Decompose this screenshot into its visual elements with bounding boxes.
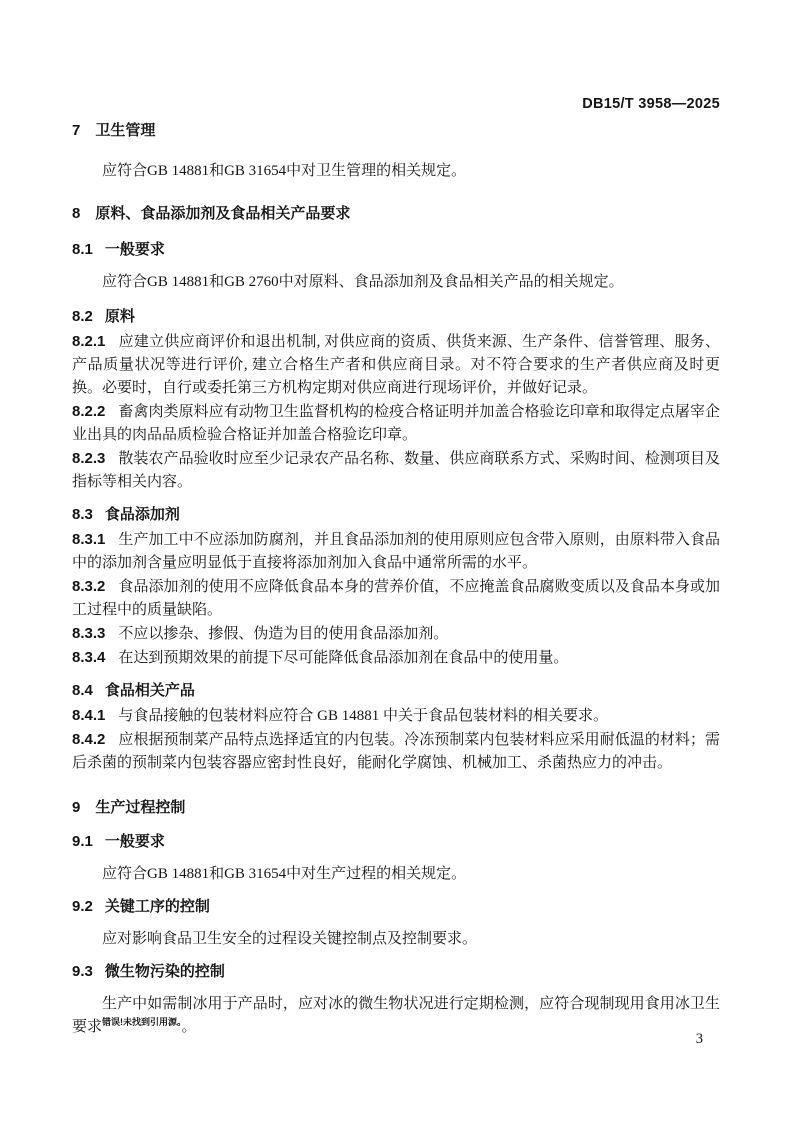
subsection-8-2: 8.2原料 8.2.1应建立供应商评价和退出机制, 对供应商的资质、供货来源、生… bbox=[72, 308, 720, 494]
subsection-8-4: 8.4食品相关产品 8.4.1与食品接触的包装材料应符合 GB 14881 中关… bbox=[72, 682, 720, 775]
heading-number: 8.2 bbox=[72, 308, 93, 326]
paragraph: 生产中如需制冰用于产品时，应对冰的微生物状况进行定期检测，应符合现制现用食用冰卫… bbox=[72, 993, 720, 1039]
heading-number: 7 bbox=[72, 122, 80, 140]
clause-text: 畜禽肉类原料应有动物卫生监督机构的检疫合格证明并加盖合格验讫印章和取得定点屠宰企… bbox=[72, 404, 720, 443]
section-heading: 9生产过程控制 bbox=[72, 799, 720, 817]
heading-number: 9.2 bbox=[72, 898, 93, 916]
heading-title: 生产过程控制 bbox=[95, 799, 185, 816]
clause: 8.2.3散装农产品验收时应至少记录农产品名称、数量、供应商联系方式、采购时间、… bbox=[72, 447, 720, 494]
clause-number: 8.3.3 bbox=[72, 625, 118, 642]
paragraph: 应符合GB 14881和GB 2760中对原料、食品添加剂及食品相关产品的相关规… bbox=[72, 271, 720, 294]
heading-title: 食品相关产品 bbox=[105, 682, 195, 699]
heading-title: 一般要求 bbox=[105, 241, 165, 258]
section-8: 8原料、食品添加剂及食品相关产品要求 8.1一般要求 应符合GB 14881和G… bbox=[72, 205, 720, 775]
heading-number: 8.4 bbox=[72, 682, 93, 700]
subsection-heading: 8.3食品添加剂 bbox=[72, 506, 720, 524]
clause: 8.3.2食品添加剂的使用不应降低食品本身的营养价值，不应掩盖食品腐败变质以及食… bbox=[72, 575, 720, 622]
clause: 8.4.2应根据预制菜产品特点选择适宜的内包装。冷冻预制菜内包装材料应采用耐低温… bbox=[72, 728, 720, 775]
heading-title: 食品添加剂 bbox=[105, 506, 180, 523]
clause-number: 8.2.1 bbox=[72, 333, 118, 350]
heading-title: 卫生管理 bbox=[95, 122, 155, 139]
standard-code: DB15/T 3958—2025 bbox=[72, 97, 720, 112]
clause-text: 食品添加剂的使用不应降低食品本身的营养价值，不应掩盖食品腐败变质以及食品本身或加… bbox=[72, 579, 720, 618]
heading-title: 关键工序的控制 bbox=[105, 898, 210, 915]
section-7: 7卫生管理 应符合GB 14881和GB 31654中对卫生管理的相关规定。 bbox=[72, 122, 720, 183]
subsection-9-3: 9.3微生物污染的控制 生产中如需制冰用于产品时，应对冰的微生物状况进行定期检测… bbox=[72, 963, 720, 1039]
subsection-heading: 8.1一般要求 bbox=[72, 241, 720, 259]
clause-text: 生产加工中不应添加防腐剂，并且食品添加剂的使用原则应包含带入原则，由原料带入食品… bbox=[72, 532, 720, 571]
clause-list: 8.4.1与食品接触的包装材料应符合 GB 14881 中关于食品包装材料的相关… bbox=[72, 704, 720, 775]
heading-title: 原料 bbox=[105, 308, 135, 325]
clause: 8.3.4在达到预期效果的前提下尽可能降低食品添加剂在食品中的使用量。 bbox=[72, 646, 720, 670]
subsection-heading: 9.2关键工序的控制 bbox=[72, 898, 720, 916]
clause: 8.2.1应建立供应商评价和退出机制, 对供应商的资质、供货来源、生产条件、信誉… bbox=[72, 330, 720, 400]
clause-text: 应建立供应商评价和退出机制, 对供应商的资质、供货来源、生产条件、信誉管理、服务… bbox=[72, 334, 720, 396]
paragraph-tail-text: 。 bbox=[182, 1019, 197, 1035]
clause-text: 不应以掺杂、掺假、伪造为目的使用食品添加剂。 bbox=[118, 626, 448, 642]
heading-title: 原料、食品添加剂及食品相关产品要求 bbox=[95, 205, 350, 222]
section-heading: 7卫生管理 bbox=[72, 122, 720, 140]
subsection-heading: 9.3微生物污染的控制 bbox=[72, 963, 720, 981]
clause-text: 在达到预期效果的前提下尽可能降低食品添加剂在食品中的使用量。 bbox=[118, 650, 568, 666]
clause: 8.3.1生产加工中不应添加防腐剂，并且食品添加剂的使用原则应包含带入原则，由原… bbox=[72, 528, 720, 575]
clause-text: 散装农产品验收时应至少记录农产品名称、数量、供应商联系方式、采购时间、检测项目及… bbox=[72, 451, 720, 490]
heading-number: 9 bbox=[72, 799, 80, 817]
heading-number: 8 bbox=[72, 205, 80, 223]
heading-number: 8.3 bbox=[72, 506, 93, 524]
subsection-heading: 9.1一般要求 bbox=[72, 833, 720, 851]
subsection-heading: 8.4食品相关产品 bbox=[72, 682, 720, 700]
subsection-heading: 8.2原料 bbox=[72, 308, 720, 326]
subsection-8-1: 8.1一般要求 应符合GB 14881和GB 2760中对原料、食品添加剂及食品… bbox=[72, 241, 720, 294]
clause-text: 与食品接触的包装材料应符合 GB 14881 中关于食品包装材料的相关要求。 bbox=[118, 708, 608, 724]
clause: 8.4.1与食品接触的包装材料应符合 GB 14881 中关于食品包装材料的相关… bbox=[72, 704, 720, 728]
subsection-9-1: 9.1一般要求 应符合GB 14881和GB 31654中对生产过程的相关规定。 bbox=[72, 833, 720, 886]
clause-text: 应根据预制菜产品特点选择适宜的内包装。冷冻预制菜内包装材料应采用耐低温的材料；需… bbox=[72, 732, 720, 771]
page-number: 3 bbox=[696, 1032, 703, 1047]
heading-number: 8.1 bbox=[72, 241, 93, 259]
clause-number: 8.3.4 bbox=[72, 649, 118, 666]
paragraph-lead-text: 生产中如需制冰用于产品时，应对冰的微生物状况进行定期检测，应符合现制现用食用冰卫… bbox=[72, 996, 720, 1035]
heading-title: 微生物污染的控制 bbox=[105, 963, 225, 980]
heading-number: 9.1 bbox=[72, 833, 93, 851]
subsection-9-2: 9.2关键工序的控制 应对影响食品卫生安全的过程设关键控制点及控制要求。 bbox=[72, 898, 720, 951]
subsection-8-3: 8.3食品添加剂 8.3.1生产加工中不应添加防腐剂，并且食品添加剂的使用原则应… bbox=[72, 506, 720, 670]
heading-number: 9.3 bbox=[72, 963, 93, 981]
clause-number: 8.3.2 bbox=[72, 578, 118, 595]
clause-number: 8.2.3 bbox=[72, 450, 118, 467]
clause-number: 8.4.1 bbox=[72, 707, 118, 724]
section-9: 9生产过程控制 9.1一般要求 应符合GB 14881和GB 31654中对生产… bbox=[72, 799, 720, 1039]
clause-number: 8.4.2 bbox=[72, 731, 118, 748]
document-page: DB15/T 3958—2025 7卫生管理 应符合GB 14881和GB 31… bbox=[0, 0, 793, 1122]
paragraph: 应对影响食品卫生安全的过程设关键控制点及控制要求。 bbox=[72, 928, 720, 951]
clause-list: 8.3.1生产加工中不应添加防腐剂，并且食品添加剂的使用原则应包含带入原则，由原… bbox=[72, 528, 720, 670]
clause: 8.3.3不应以掺杂、掺假、伪造为目的使用食品添加剂。 bbox=[72, 622, 720, 646]
error-reference-superscript: 错误!未找到引用源。 bbox=[102, 1017, 182, 1027]
heading-title: 一般要求 bbox=[105, 833, 165, 850]
section-heading: 8原料、食品添加剂及食品相关产品要求 bbox=[72, 205, 720, 223]
clause-list: 8.2.1应建立供应商评价和退出机制, 对供应商的资质、供货来源、生产条件、信誉… bbox=[72, 330, 720, 494]
paragraph: 应符合GB 14881和GB 31654中对生产过程的相关规定。 bbox=[72, 863, 720, 886]
clause-number: 8.2.2 bbox=[72, 403, 118, 420]
paragraph: 应符合GB 14881和GB 31654中对卫生管理的相关规定。 bbox=[72, 160, 720, 183]
clause-number: 8.3.1 bbox=[72, 531, 118, 548]
clause: 8.2.2畜禽肉类原料应有动物卫生监督机构的检疫合格证明并加盖合格验讫印章和取得… bbox=[72, 400, 720, 447]
